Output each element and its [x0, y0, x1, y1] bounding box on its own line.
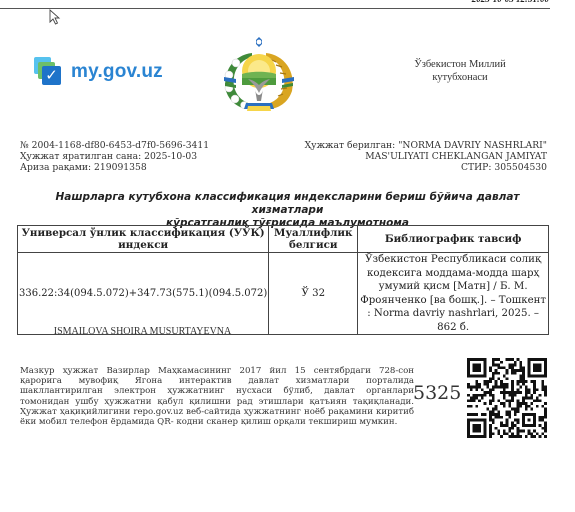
- legal-notice: Мазкур ҳужжат Вазирлар Маҳкамасининг 201…: [20, 366, 414, 427]
- author-mark-cell: Ў 32: [269, 253, 358, 335]
- recipient-meta: Ҳужжат берилган: "NORMA DAVRIY NASHRLARI…: [305, 140, 547, 173]
- classification-table: Универсал ўнлик классификация (УЎК) инде…: [17, 225, 549, 335]
- mouse-pointer-icon: [49, 9, 61, 25]
- print-timestamp: 2025-10-03 12:51:00: [472, 0, 549, 4]
- recipient-tin: СТИР: 305504530: [305, 162, 547, 173]
- library-name-line2: кутубхонаси: [385, 71, 535, 84]
- table-row: 336.22:34(094.5.072)+347.73(575.1)(094.5…: [18, 253, 549, 335]
- mygov-logo: ✓ my.gov.uz: [34, 57, 163, 87]
- mygov-checkmark-logo-icon: ✓: [34, 57, 64, 87]
- document-title-line1: Нашрларга кутубхона классификация индекс…: [20, 191, 555, 217]
- issued-to-line2: MAS'ULIYATI CHEKLANGAN JAMIYAT: [305, 151, 547, 162]
- brand-name: my.gov.uz: [71, 61, 163, 83]
- document-created-date: Ҳужжат яратилган сана: 2025-10-03: [20, 151, 209, 162]
- library-name-line1: Ўзбекистон Миллий: [385, 58, 535, 71]
- document-meta: № 2004-1168-df80-6453-d7f0-5696-3411 Ҳуж…: [20, 140, 209, 173]
- application-number: Ариза рақами: 219091358: [20, 162, 209, 173]
- top-rule: [0, 8, 550, 9]
- library-name: Ўзбекистон Миллий кутубхонаси: [385, 58, 535, 84]
- document-number: № 2004-1168-df80-6453-d7f0-5696-3411: [20, 140, 209, 151]
- header-udc: Универсал ўнлик классификация (УЎК) инде…: [18, 226, 269, 253]
- issued-to-line1: Ҳужжат берилган: "NORMA DAVRIY NASHRLARI…: [305, 140, 547, 151]
- qr-code-icon[interactable]: [467, 358, 547, 438]
- bibliographic-description-cell: Ўзбекистон Республикаси солиқ кодексига …: [358, 253, 549, 335]
- signer-name: ISMAILOVA SHOIRA MUSURTAYEVNA: [20, 326, 265, 337]
- udc-index-cell: 336.22:34(094.5.072)+347.73(575.1)(094.5…: [18, 253, 269, 335]
- verification-code: 5325: [413, 382, 461, 404]
- header-author-mark: Муаллифлик белгиси: [269, 226, 358, 253]
- state-emblem-icon: [218, 33, 300, 117]
- table-header-row: Универсал ўнлик классификация (УЎК) инде…: [18, 226, 549, 253]
- header-bibliographic-description: Библиографик тавсиф: [358, 226, 549, 253]
